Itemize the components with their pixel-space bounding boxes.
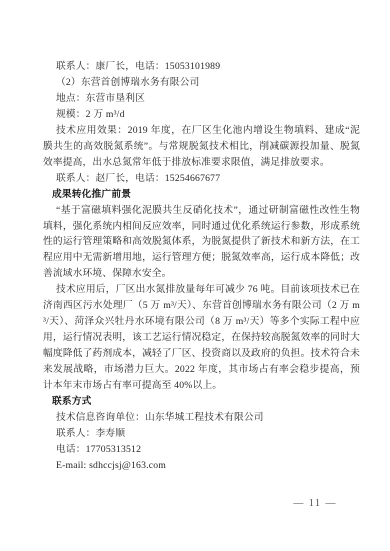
document-body: 联系人：康厂长，电话：15053101989 （2）东营首创博瑞水务有限公司 地…	[43, 59, 360, 474]
section-heading-promotion: 成果转化推广前景	[43, 187, 360, 203]
location-line: 地点：东营市垦利区	[43, 91, 360, 107]
document-page: 联系人：康厂长，电话：15053101989 （2）东营首创博瑞水务有限公司 地…	[0, 0, 390, 551]
contact-line-zhao: 联系人：赵厂长，电话：15254667677	[43, 171, 360, 187]
tech-effect-paragraph: 技术应用效果：2019 年度，在厂区生化池内增设生物填料、建成“泥膜共生的高效脱…	[43, 123, 360, 171]
section-heading-contact: 联系方式	[43, 394, 360, 410]
promotion-paragraph-1: “基于富磁填料强化泥膜共生反硝化技术”，通过研制富磁性改性生物填料，强化系统内相…	[43, 203, 360, 283]
email-line: E-mail: sdhccjsj@163.com	[43, 458, 360, 474]
company-name-line: （2）东营首创博瑞水务有限公司	[43, 75, 360, 91]
consult-unit-line: 技术信息咨询单位：山东华城工程技术有限公司	[43, 410, 360, 426]
contact-line-kang: 联系人：康厂长，电话：15053101989	[43, 59, 360, 75]
scale-line: 规模：2 万 m³/d	[43, 107, 360, 123]
phone-line: 电话：17705313512	[43, 442, 360, 458]
promotion-paragraph-2: 技术应用后，厂区出水氮排放量每年可减少 76 吨。目前该项技术已在济南西区污水处…	[43, 282, 360, 394]
page-number: — 11 —	[293, 498, 337, 510]
contact-person-line: 联系人：李寿顺	[43, 426, 360, 442]
